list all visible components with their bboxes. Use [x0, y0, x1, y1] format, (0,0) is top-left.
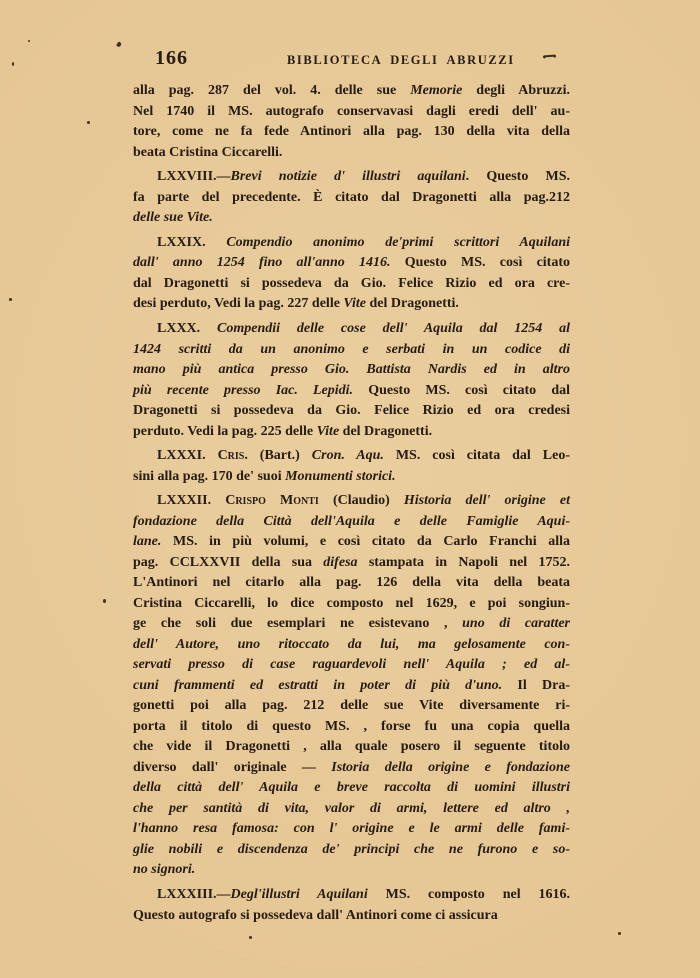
text-segment: Questo MS. così citato — [391, 255, 570, 270]
text-line: beata Cristina Ciccarelli. — [133, 143, 570, 164]
text-segment: Il Dra- — [502, 678, 570, 693]
text-segment: beata Cristina Ciccarelli. — [133, 145, 282, 160]
text-segment: L'Antinori nel citarlo alla pag. 126 del… — [133, 575, 570, 590]
text-segment: Cron. Aqu. — [312, 448, 384, 463]
text-segment: Cris. — [218, 448, 248, 463]
text-segment: porta il titolo di questo MS. , forse fu… — [133, 719, 570, 734]
text-line: Dragonetti si possedeva da Gio. Felice R… — [133, 401, 570, 422]
text-segment: 1424 scritti da un anonimo e serbati in … — [133, 342, 570, 357]
text-segment: Cristina Ciccarelli, lo dice composto ne… — [133, 596, 570, 611]
text-segment: (Bart.) — [248, 448, 312, 463]
text-segment: dal Dragonetti si possedeva da Gio. Feli… — [133, 276, 570, 291]
text-segment: Monumenti storici. — [285, 469, 395, 484]
text-segment: del Dragonetti. — [366, 296, 459, 311]
text-segment: . Questo MS. — [466, 169, 570, 184]
ink-speck — [249, 936, 252, 939]
text-segment: desi perduto, Vedi la pag. 227 delle — [133, 296, 343, 311]
text-line: fondazione della Città dell'Aquila e del… — [133, 512, 570, 533]
text-segment: MS. composto nel 1616. — [368, 887, 570, 902]
text-segment: mano più antica presso Gio. Battista Nar… — [133, 362, 570, 377]
text-segment: LXXXII. — [157, 493, 225, 508]
text-segment: Degl'illustri Aquilani — [231, 887, 368, 902]
text-segment: cuni frammenti ed estratti in poter di p… — [133, 678, 502, 693]
text-line: delle sue Vite. — [133, 208, 570, 229]
paragraph: LXXXIII.—Degl'illustri Aquilani MS. comp… — [133, 885, 570, 926]
text-segment: stampata in Napoli nel 1752. — [358, 555, 570, 570]
text-segment: perduto. Vedi la pag. 225 delle — [133, 424, 317, 439]
text-line: L'Antinori nel citarlo alla pag. 126 del… — [133, 573, 570, 594]
text-line: mano più antica presso Gio. Battista Nar… — [133, 360, 570, 381]
text-segment: più recente presso Iac. Lepidi. — [133, 383, 353, 398]
text-segment: ge che soli due esemplari ne esistevano … — [133, 616, 462, 631]
text-segment: gonetti poi alla pag. 212 delle sue Vite… — [133, 698, 570, 713]
text-segment: Vite — [317, 424, 340, 439]
text-line: alla pag. 287 del vol. 4. delle sue Memo… — [133, 81, 570, 102]
text-segment: tore, come ne fa fede Antinori alla pag.… — [133, 124, 570, 139]
paragraph: LXXXII. Crispo Monti (Claudio) Historia … — [133, 491, 570, 881]
text-segment: Nel 1740 il MS. autografo conservavasi d… — [133, 104, 570, 119]
ink-speck — [103, 599, 106, 603]
text-segment: Memorie — [410, 83, 462, 98]
text-segment: dell' Autore, uno ritoccato da lui, ma g… — [133, 637, 570, 652]
text-segment: no signori. — [133, 862, 195, 877]
text-line: lane. MS. in più volumi, e così citato d… — [133, 532, 570, 553]
text-line: che per santità di vita, valor di armi, … — [133, 799, 570, 820]
text-line: LXXXIII.—Degl'illustri Aquilani MS. comp… — [133, 885, 570, 906]
text-line: desi perduto, Vedi la pag. 227 delle Vit… — [133, 294, 570, 315]
text-segment: Dragonetti si possedeva da Gio. Felice R… — [133, 403, 570, 418]
text-segment: lane. — [133, 534, 161, 549]
text-segment: che per santità di vita, valor di armi, … — [133, 801, 570, 816]
text-segment: Crispo Monti — [225, 493, 319, 508]
text-line: diverso dall' originale — Istoria della … — [133, 758, 570, 779]
text-line: servati presso di case raguardevoli nell… — [133, 655, 570, 676]
text-segment: servati presso di case raguardevoli nell… — [133, 657, 570, 672]
paragraph: LXXVIII.—Brevi notizie d' illustri aquil… — [133, 167, 570, 229]
paragraph: LXXX. Compendii delle cose dell' Aquila … — [133, 319, 570, 442]
ink-speck — [28, 40, 30, 42]
text-block: alla pag. 287 del vol. 4. delle sue Memo… — [133, 81, 570, 930]
text-line: 1424 scritti da un anonimo e serbati in … — [133, 340, 570, 361]
text-line: Questo autografo si possedeva dall' Anti… — [133, 906, 570, 927]
text-line: Cristina Ciccarelli, lo dice composto ne… — [133, 594, 570, 615]
text-line: Nel 1740 il MS. autografo conservavasi d… — [133, 102, 570, 123]
paragraph: LXXIX. Compendio anonimo de'primi scritt… — [133, 233, 570, 315]
text-segment: MS. in più volumi, e così citato da Carl… — [161, 534, 570, 549]
text-segment: alla pag. 287 del vol. 4. delle sue — [133, 83, 410, 98]
text-segment: delle sue Vite. — [133, 210, 213, 225]
ink-speck — [9, 298, 12, 301]
text-line: tore, come ne fa fede Antinori alla pag.… — [133, 122, 570, 143]
text-segment: degli Abruzzi. — [462, 83, 570, 98]
text-line: dell' Autore, uno ritoccato da lui, ma g… — [133, 635, 570, 656]
text-segment: dall' anno 1254 fino all'anno 1416. — [133, 255, 391, 270]
text-segment: LXXVIII.— — [157, 169, 231, 184]
text-line: l'hanno resa famosa: con l' origine e le… — [133, 819, 570, 840]
text-segment: LXXXI. — [157, 448, 218, 463]
text-line: più recente presso Iac. Lepidi. Questo M… — [133, 381, 570, 402]
text-line: pag. CCLXXVII della sua difesa stampata … — [133, 553, 570, 574]
text-segment: Historia dell' origine et — [404, 493, 570, 508]
ink-speck — [87, 121, 90, 124]
text-segment: Compendio anonimo de'primi scrittori Aqu… — [226, 235, 570, 250]
text-line: LXXXI. Cris. (Bart.) Cron. Aqu. MS. così… — [133, 446, 570, 467]
text-segment: fondazione della Città dell'Aquila e del… — [133, 514, 570, 529]
text-line: perduto. Vedi la pag. 225 delle Vite del… — [133, 422, 570, 443]
text-line: porta il titolo di questo MS. , forse fu… — [133, 717, 570, 738]
ink-speck — [12, 62, 14, 66]
text-line: sini alla pag. 170 de' suoi Monumenti st… — [133, 467, 570, 488]
text-segment: del Dragonetti. — [339, 424, 432, 439]
text-segment: diverso dall' originale — — [133, 760, 331, 775]
paragraph: LXXXI. Cris. (Bart.) Cron. Aqu. MS. così… — [133, 446, 570, 487]
text-segment: (Claudio) — [319, 493, 404, 508]
paragraph: alla pag. 287 del vol. 4. delle sue Memo… — [133, 81, 570, 163]
text-line: no signori. — [133, 860, 570, 881]
text-line: che vide il Dragonetti , alla quale pose… — [133, 737, 570, 758]
text-segment: sini alla pag. 170 de' suoi — [133, 469, 285, 484]
text-line: ge che soli due esemplari ne esistevano … — [133, 614, 570, 635]
text-segment: glie nobili e discendenza de' principi c… — [133, 842, 570, 857]
text-segment: MS. così citata dal Leo- — [384, 448, 570, 463]
text-segment: Questo autografo si possedeva dall' Anti… — [133, 908, 498, 923]
text-segment: pag. CCLXXVII della sua — [133, 555, 323, 570]
text-line: LXXXII. Crispo Monti (Claudio) Historia … — [133, 491, 570, 512]
text-line: LXXX. Compendii delle cose dell' Aquila … — [133, 319, 570, 340]
text-segment: fa parte del precedente. È citato dal Dr… — [133, 190, 570, 205]
text-line: glie nobili e discendenza de' principi c… — [133, 840, 570, 861]
text-line: fa parte del precedente. È citato dal Dr… — [133, 188, 570, 209]
text-line: dal Dragonetti si possedeva da Gio. Feli… — [133, 274, 570, 295]
page-number: 166 — [155, 47, 188, 70]
text-line: cuni frammenti ed estratti in poter di p… — [133, 676, 570, 697]
text-segment: LXXIX. — [157, 235, 226, 250]
text-segment: Brevi notizie d' illustri aquilani — [231, 169, 466, 184]
text-line: gonetti poi alla pag. 212 delle sue Vite… — [133, 696, 570, 717]
text-segment: uno di caratter — [462, 616, 570, 631]
text-segment: difesa — [323, 555, 357, 570]
scanned-book-page: 166 BIBLIOTECA DEGLI ABRUZZI alla pag. 2… — [0, 0, 700, 978]
ink-mark — [543, 55, 556, 59]
text-segment: LXXXIII.— — [157, 887, 231, 902]
running-header: 166 BIBLIOTECA DEGLI ABRUZZI — [0, 47, 700, 71]
text-segment: della città dell' Aquila e breve raccolt… — [133, 780, 570, 795]
text-segment: Compendii delle cose dell' Aquila dal 12… — [217, 321, 570, 336]
text-line: LXXIX. Compendio anonimo de'primi scritt… — [133, 233, 570, 254]
ink-speck — [618, 932, 621, 935]
text-segment: LXXX. — [157, 321, 217, 336]
text-segment: l'hanno resa famosa: con l' origine e le… — [133, 821, 570, 836]
text-segment: che vide il Dragonetti , alla quale pose… — [133, 739, 570, 754]
text-line: dall' anno 1254 fino all'anno 1416. Ques… — [133, 253, 570, 274]
text-line: della città dell' Aquila e breve raccolt… — [133, 778, 570, 799]
text-segment: Questo MS. così citato dal — [353, 383, 570, 398]
text-line: LXXVIII.—Brevi notizie d' illustri aquil… — [133, 167, 570, 188]
running-header-title: BIBLIOTECA DEGLI ABRUZZI — [287, 53, 515, 68]
text-segment: Istoria della origine e fondazione — [331, 760, 570, 775]
text-segment: Vite — [343, 296, 366, 311]
